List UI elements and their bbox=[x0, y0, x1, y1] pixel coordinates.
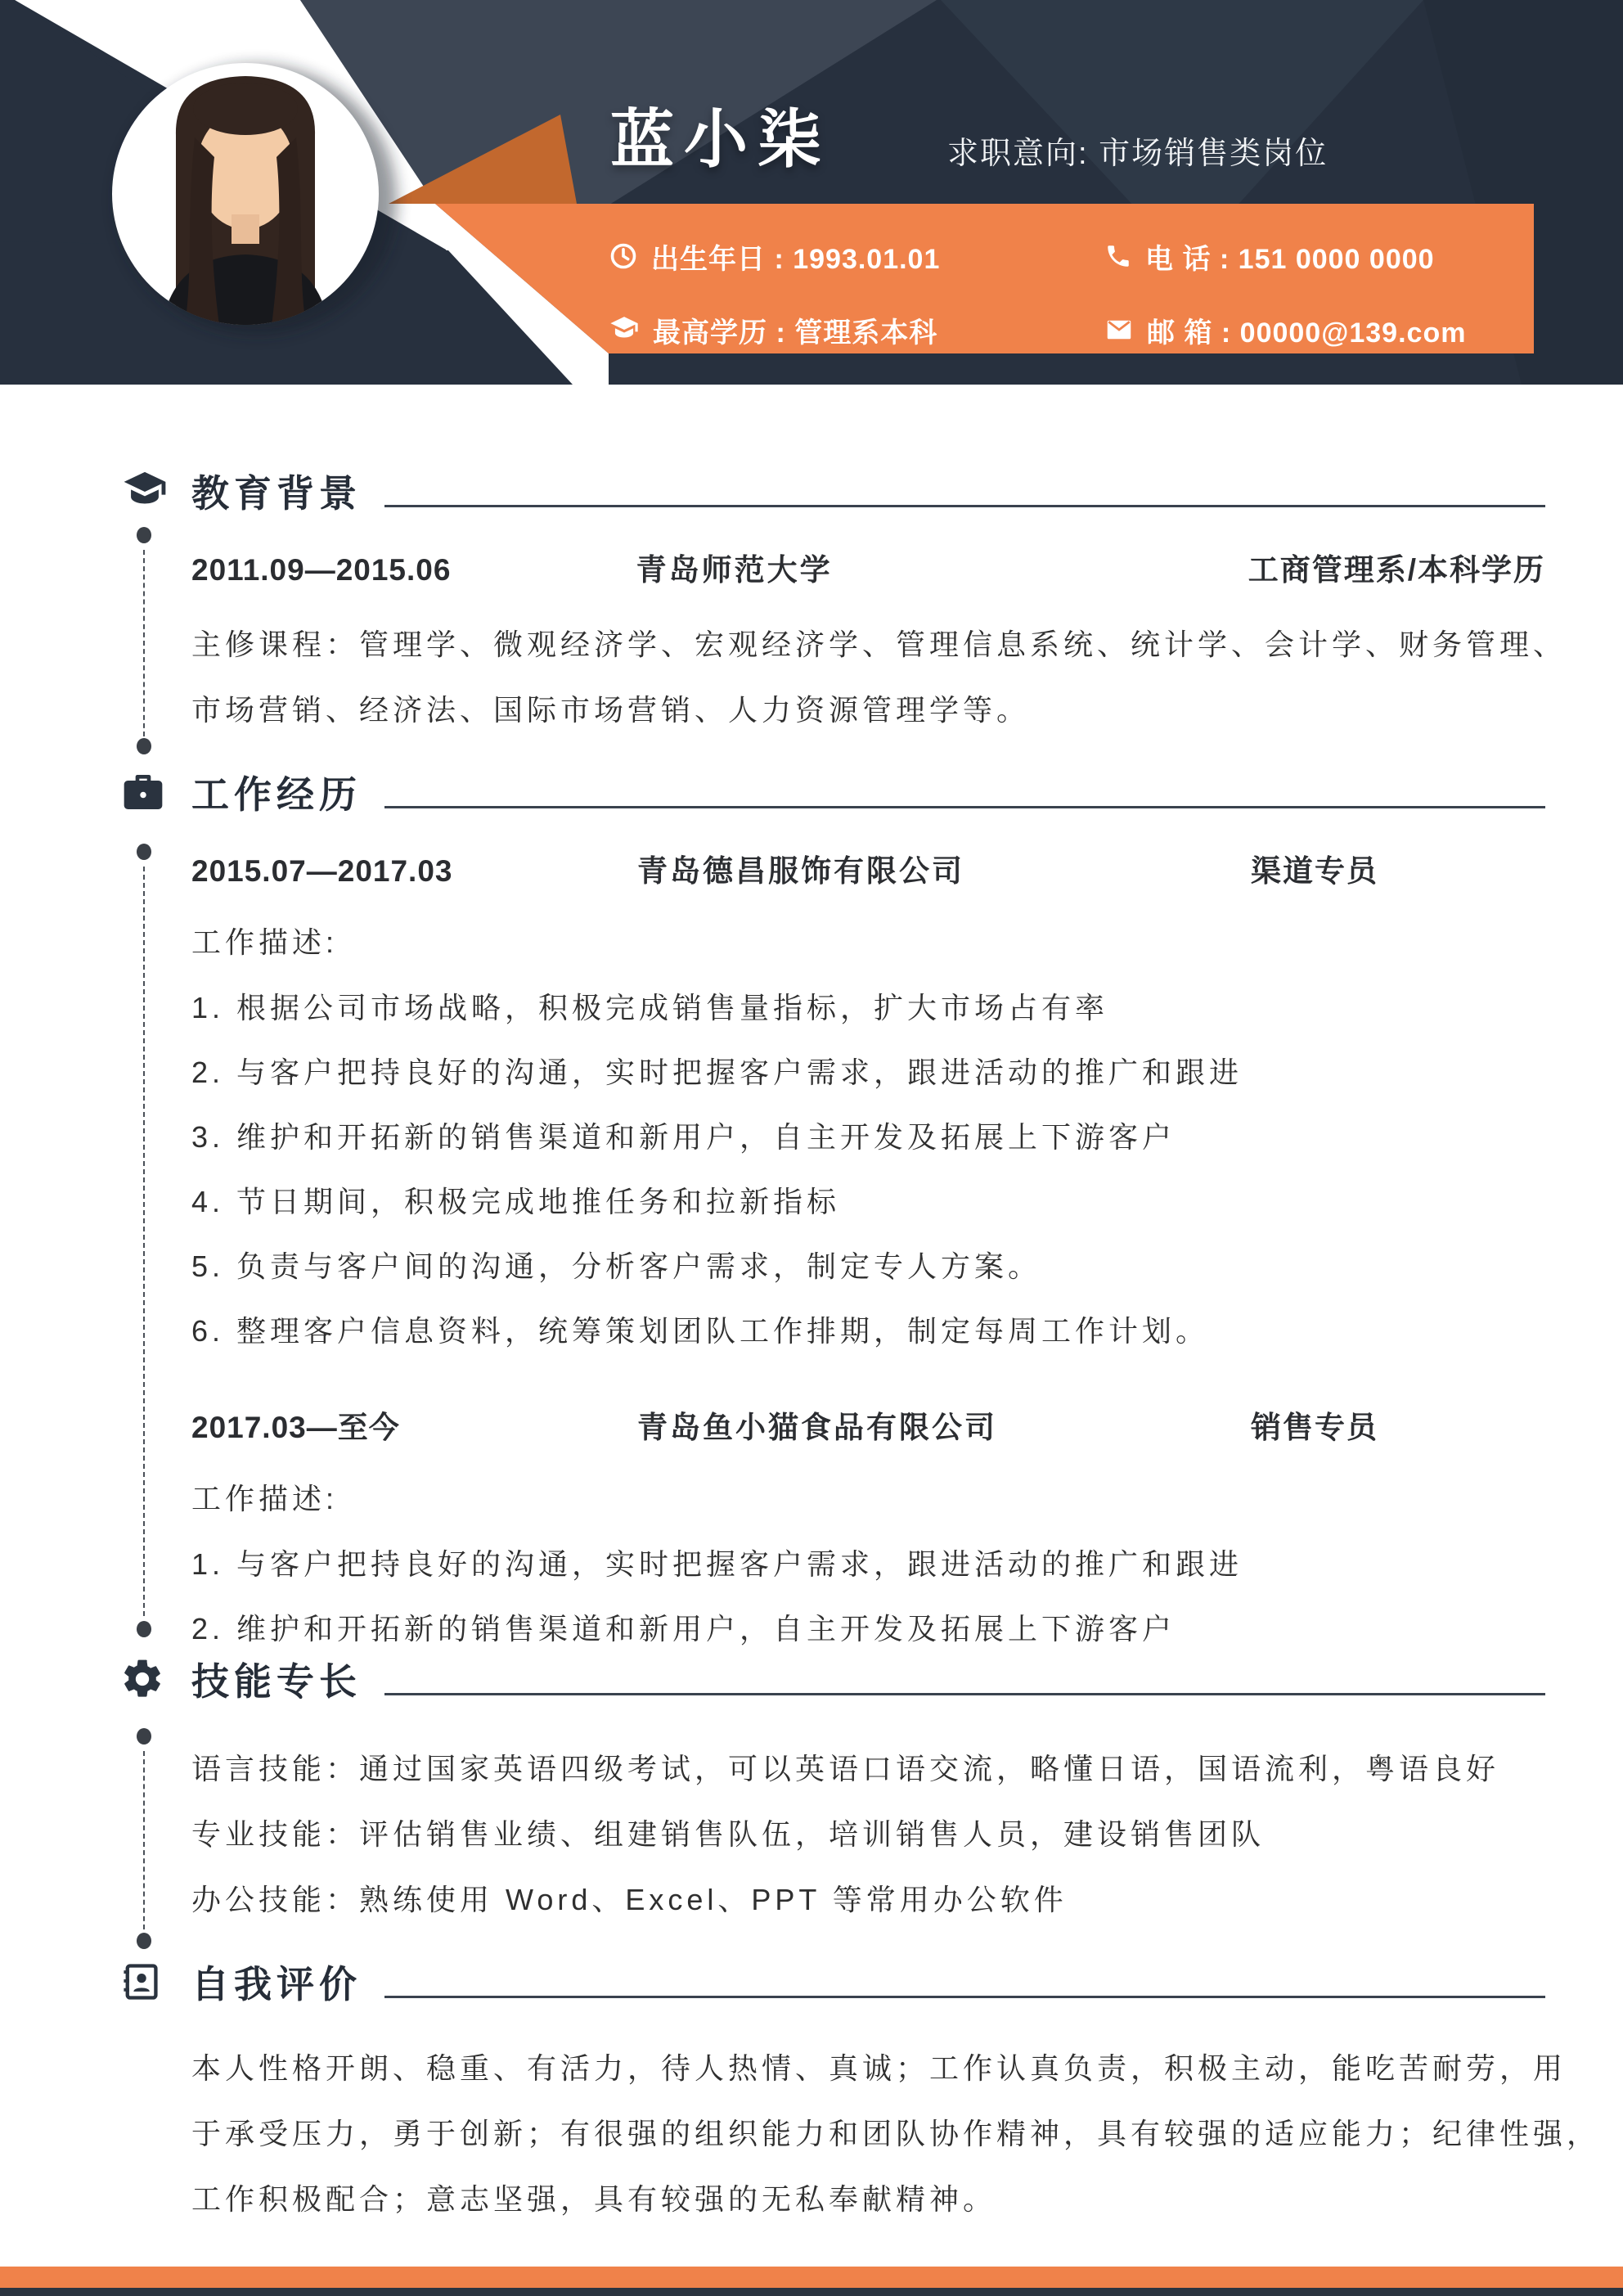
phone-icon bbox=[1104, 242, 1132, 270]
job-company: 青岛鱼小猫食品有限公司 bbox=[637, 1402, 1251, 1447]
evaluation-line: 工作积极配合；意志坚强，具有较强的无私奉献精神。 bbox=[191, 2167, 1623, 2232]
avatar bbox=[162, 76, 329, 327]
section-title: 技能专长 bbox=[191, 1652, 362, 1706]
section-title-rule bbox=[384, 1693, 1545, 1695]
section-title: 自我评价 bbox=[191, 1955, 362, 2009]
mail-icon bbox=[1104, 315, 1134, 344]
resume-page: 蓝小柒 求职意向: 市场销售类岗位 出生年日 : 1993.01.01 电 话 … bbox=[0, 0, 1623, 2296]
job-item: 5. 负责与客户间的沟通，分析客户需求，制定专人方案。 bbox=[191, 1234, 1623, 1299]
section-education-header: 教育背景 bbox=[0, 466, 1623, 515]
skill-line: 办公技能：熟练使用 Word、Excel、PPT 等常用办公软件 bbox=[191, 1867, 1623, 1933]
contact-birth-text: 出生年日 : 1993.01.01 bbox=[651, 236, 940, 277]
section-title: 教育背景 bbox=[191, 464, 362, 518]
job-item: 3. 维护和开拓新的销售渠道和新用户，自主开发及拓展上下游客户 bbox=[191, 1105, 1623, 1169]
job-entry-row: 2017.03—至今 青岛鱼小猫食品有限公司 销售专员 bbox=[191, 1402, 1545, 1447]
contact-email-text: 邮 箱 : 00000@139.com bbox=[1147, 310, 1466, 350]
job-desc-label: 工作描述: bbox=[191, 910, 1623, 975]
job-item: 1. 与客户把持良好的沟通，实时把握客户需求，跟进活动的推广和跟进 bbox=[191, 1532, 1623, 1596]
job-role: 销售专员 bbox=[1251, 1402, 1545, 1447]
graduation-cap-icon bbox=[609, 314, 640, 345]
contact-education-text: 最高学历 : 管理系本科 bbox=[653, 310, 937, 350]
footer-orange-bar bbox=[0, 2267, 1623, 2288]
section-work-header: 工作经历 bbox=[0, 768, 1623, 817]
job-company: 青岛德昌服饰有限公司 bbox=[637, 846, 1251, 890]
contact-phone-text: 电 话 : 151 0000 0000 bbox=[1145, 236, 1435, 277]
education-degree: 工商管理系/本科学历 bbox=[1248, 545, 1545, 589]
job-desc-label: 工作描述: bbox=[191, 1466, 1623, 1532]
job-date: 2015.07—2017.03 bbox=[191, 854, 637, 889]
job-entry: 2015.07—2017.03 青岛德昌服饰有限公司 渠道专员 工作描述: 1.… bbox=[0, 846, 1623, 1363]
job-intention: 求职意向: 市场销售类岗位 bbox=[947, 128, 1328, 173]
section-education: 教育背景 2011.09—2015.06 青岛师范大学 工商管理系/本科学历 主… bbox=[0, 466, 1623, 743]
contact-birth: 出生年日 : 1993.01.01 bbox=[609, 236, 1104, 277]
section-title: 工作经历 bbox=[191, 765, 362, 819]
job-date: 2017.03—至今 bbox=[191, 1402, 637, 1447]
section-title-rule bbox=[384, 806, 1545, 808]
skill-line: 语言技能：通过国家英语四级考试，可以英语口语交流，略懂日语，国语流利，粤语良好 bbox=[191, 1736, 1623, 1802]
section-skills: 技能专长 语言技能：通过国家英语四级考试，可以英语口语交流，略懂日语，国语流利，… bbox=[0, 1654, 1623, 1933]
candidate-name: 蓝小柒 bbox=[610, 88, 831, 180]
contact-info: 出生年日 : 1993.01.01 电 话 : 151 0000 0000 最高… bbox=[609, 219, 1525, 367]
section-skills-header: 技能专长 bbox=[0, 1654, 1623, 1704]
graduation-cap-icon bbox=[119, 468, 170, 515]
job-entry: 2017.03—至今 青岛鱼小猫食品有限公司 销售专员 工作描述: 1. 与客户… bbox=[0, 1402, 1623, 1661]
clock-icon bbox=[609, 241, 638, 271]
section-title-rule bbox=[384, 1996, 1545, 1998]
job-role: 渠道专员 bbox=[1251, 846, 1545, 890]
education-course-line: 市场营销、经济法、国际市场营销、人力资源管理学等。 bbox=[191, 678, 1623, 743]
id-card-icon bbox=[119, 1959, 162, 2005]
section-evaluation-header: 自我评价 bbox=[0, 1957, 1623, 2006]
job-item: 2. 与客户把持良好的沟通，实时把握客户需求，跟进活动的推广和跟进 bbox=[191, 1040, 1623, 1105]
job-item: 4. 节日期间，积极完成地推任务和拉新指标 bbox=[191, 1169, 1623, 1234]
section-work: 工作经历 2015.07—2017.03 青岛德昌服饰有限公司 渠道专员 工作描… bbox=[0, 768, 1623, 1661]
education-courses: 主修课程：管理学、微观经济学、宏观经济学、管理信息系统、统计学、会计学、财务管理… bbox=[0, 612, 1623, 743]
evaluation-line: 本人性格开朗、稳重、有活力，待人热情、真诚；工作认真负责，积极主动，能吃苦耐劳，… bbox=[191, 2036, 1623, 2101]
skill-line: 专业技能：评估销售业绩、组建销售队伍，培训销售人员，建设销售团队 bbox=[191, 1802, 1623, 1867]
evaluation-paragraph: 本人性格开朗、稳重、有活力，待人热情、真诚；工作认真负责，积极主动，能吃苦耐劳，… bbox=[0, 2036, 1623, 2232]
education-entry-row: 2011.09—2015.06 青岛师范大学 工商管理系/本科学历 bbox=[191, 545, 1545, 589]
job-item: 6. 整理客户信息资料，统筹策划团队工作排期，制定每周工作计划。 bbox=[191, 1299, 1623, 1363]
gear-icon bbox=[119, 1656, 165, 1702]
education-date: 2011.09—2015.06 bbox=[191, 553, 636, 588]
education-course-line: 主修课程：管理学、微观经济学、宏观经济学、管理信息系统、统计学、会计学、财务管理… bbox=[191, 612, 1623, 678]
skills-list: 语言技能：通过国家英语四级考试，可以英语口语交流，略懂日语，国语流利，粤语良好 … bbox=[0, 1736, 1623, 1933]
timeline-dot bbox=[137, 1933, 151, 1949]
job-entry-row: 2015.07—2017.03 青岛德昌服饰有限公司 渠道专员 bbox=[191, 846, 1545, 890]
briefcase-icon bbox=[119, 769, 167, 815]
education-school: 青岛师范大学 bbox=[636, 545, 1248, 589]
contact-email: 邮 箱 : 00000@139.com bbox=[1104, 310, 1525, 350]
job-item: 1. 根据公司市场战略，积极完成销售量指标，扩大市场占有率 bbox=[191, 975, 1623, 1040]
job-item: 2. 维护和开拓新的销售渠道和新用户，自主开发及拓展上下游客户 bbox=[191, 1596, 1623, 1661]
section-evaluation: 自我评价 本人性格开朗、稳重、有活力，待人热情、真诚；工作认真负责，积极主动，能… bbox=[0, 1957, 1623, 2232]
footer-navy-bar bbox=[0, 2288, 1623, 2296]
contact-phone: 电 话 : 151 0000 0000 bbox=[1104, 236, 1525, 277]
section-title-rule bbox=[384, 505, 1545, 507]
evaluation-line: 于承受压力，勇于创新；有很强的组织能力和团队协作精神，具有较强的适应能力；纪律性… bbox=[191, 2101, 1623, 2167]
contact-education: 最高学历 : 管理系本科 bbox=[609, 310, 1104, 350]
